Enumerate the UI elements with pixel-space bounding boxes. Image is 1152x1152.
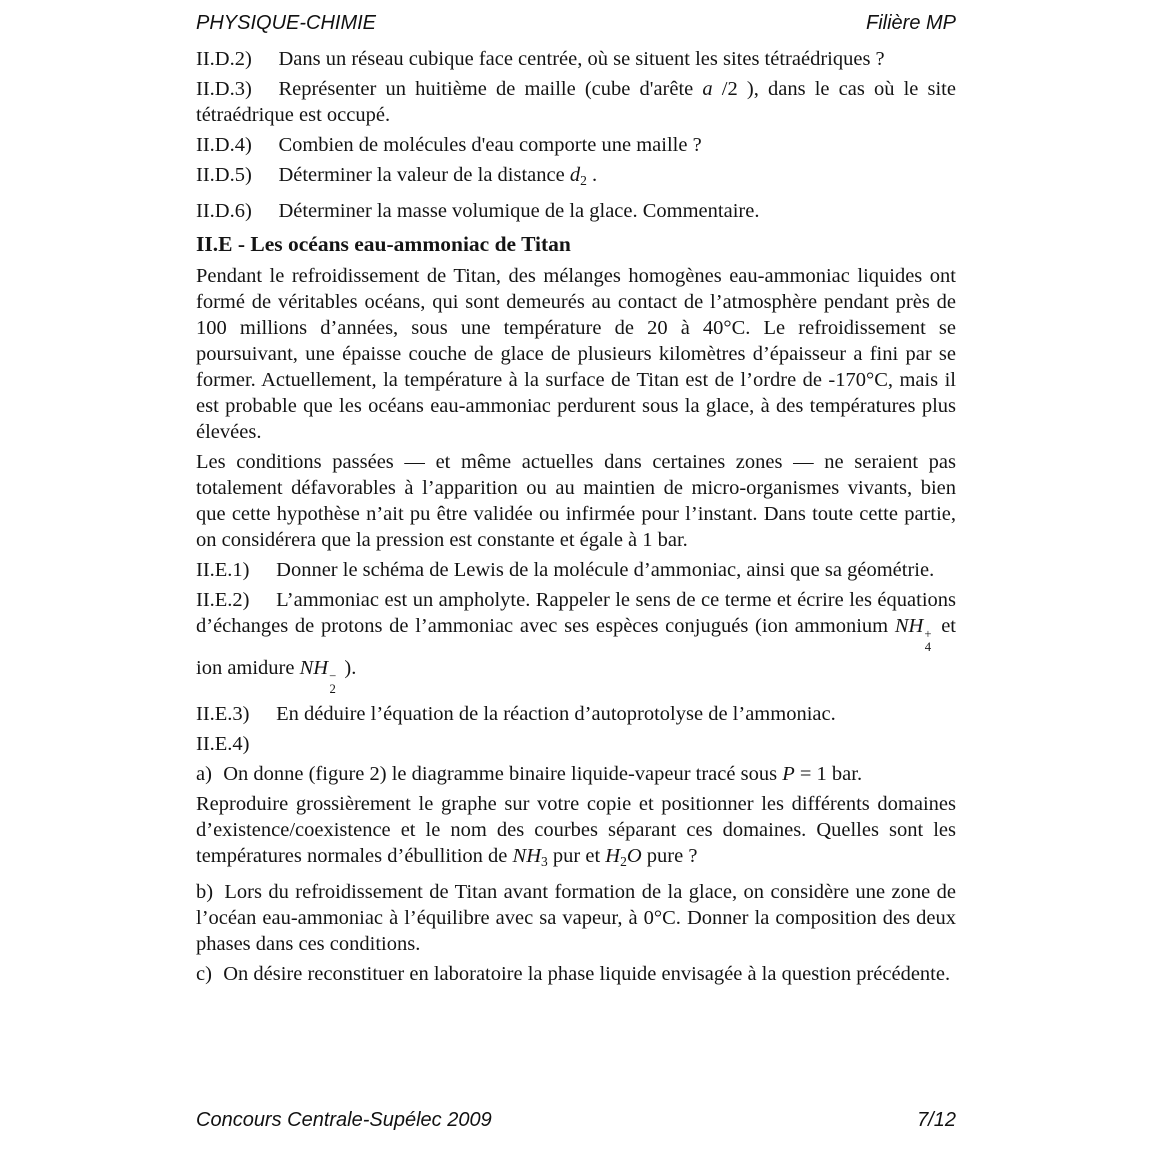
footer-page-number: 7/12 (917, 1109, 956, 1132)
question-paragraph: II.D.2)Dans un réseau cubique face centr… (196, 46, 956, 72)
text-run: ). (339, 657, 356, 679)
question-paragraph: II.E.1)Donner le schéma de Lewis de la m… (196, 557, 956, 583)
text-run: Dans un réseau cubique face centrée, où … (278, 48, 884, 70)
sub-item-paragraph: b)Lors du refroidissement de Titan avant… (196, 879, 956, 957)
question-label: II.E.1) (196, 559, 250, 581)
text-run: Pendant le refroidissement de Titan, des… (196, 265, 956, 443)
document-body: II.D.2)Dans un réseau cubique face centr… (196, 46, 956, 991)
math-text: O (627, 845, 642, 867)
text-run: Lors du refroidissement de Titan avant f… (196, 881, 956, 955)
question-label: II.D.2) (196, 48, 252, 70)
document-page: PHYSIQUE-CHIMIE Filière MP II.D.2)Dans u… (0, 0, 1152, 1152)
item-label: b) (196, 881, 213, 903)
math-subsup: +4 (924, 628, 931, 655)
question-paragraph: II.D.5)Déterminer la valeur de la distan… (196, 162, 956, 194)
body-paragraph: Les conditions passées — et même actuell… (196, 449, 956, 553)
math-text: 3 (541, 854, 548, 869)
page-header: PHYSIQUE-CHIMIE Filière MP (196, 12, 956, 35)
text-run: Déterminer la valeur de la distance (278, 164, 569, 186)
math-text: H (605, 845, 620, 867)
header-filiere: Filière MP (866, 12, 956, 35)
text-run: = 1 bar. (795, 763, 862, 785)
question-label: II.D.6) (196, 200, 252, 222)
footer-exam-title: Concours Centrale-Supélec 2009 (196, 1109, 492, 1132)
question-paragraph: II.D.6)Déterminer la masse volumique de … (196, 198, 956, 224)
math-text: a (702, 78, 712, 100)
math-text: d (570, 164, 580, 186)
text-run: Déterminer la masse volumique de la glac… (278, 200, 759, 222)
question-paragraph: II.E.2)L’ammoniac est un ampholyte. Rapp… (196, 587, 956, 697)
page-footer: Concours Centrale-Supélec 2009 7/12 (196, 1109, 956, 1132)
body-paragraph: Pendant le refroidissement de Titan, des… (196, 263, 956, 445)
question-label: II.E.4) (196, 733, 250, 755)
math-text: P (782, 763, 795, 785)
math-text: 2 (580, 173, 587, 188)
question-paragraph: II.D.3)Représenter un huitième de maille… (196, 76, 956, 128)
text-run: En déduire l’équation de la réaction d’a… (276, 703, 836, 725)
text-run: On donne (figure 2) le diagramme binaire… (223, 763, 782, 785)
header-subject-title: PHYSIQUE-CHIMIE (196, 12, 376, 35)
text-run: L’ammoniac est un ampholyte. Rappeler le… (196, 589, 956, 637)
body-paragraph: Reproduire grossièrement le graphe sur v… (196, 791, 956, 875)
question-label: II.D.3) (196, 78, 252, 100)
question-paragraph: II.E.3)En déduire l’équation de la réact… (196, 701, 956, 727)
sub-item-paragraph: a)On donne (figure 2) le diagramme binai… (196, 761, 956, 787)
sub-item-paragraph: c)On désire reconstituer en laboratoire … (196, 961, 956, 987)
text-run: Les conditions passées — et même actuell… (196, 451, 956, 551)
text-run: . (587, 164, 597, 186)
item-label: a) (196, 763, 212, 785)
math-text: NH (513, 845, 541, 867)
text-run: Donner le schéma de Lewis de la molécule… (276, 559, 934, 581)
text-run: Combien de molécules d'eau comporte une … (278, 134, 701, 156)
question-paragraph: II.D.4)Combien de molécules d'eau compor… (196, 132, 956, 158)
item-label: c) (196, 963, 212, 985)
question-label: II.E.3) (196, 703, 250, 725)
text-run: pur et (548, 845, 606, 867)
text-run: On désire reconstituer en laboratoire la… (223, 963, 950, 985)
text-run: Représenter un huitième de maille (cube … (278, 78, 702, 100)
math-text: 2 (620, 854, 627, 869)
math-text: NH (895, 615, 923, 637)
section-heading: II.E - Les océans eau-ammoniac de Titan (196, 231, 956, 257)
math-text: NH (300, 657, 328, 679)
question-paragraph: II.E.4) (196, 731, 956, 757)
math-subsup: −2 (329, 670, 336, 697)
question-label: II.D.5) (196, 164, 252, 186)
text-run: pure ? (642, 845, 698, 867)
question-label: II.E.2) (196, 589, 250, 611)
question-label: II.D.4) (196, 134, 252, 156)
